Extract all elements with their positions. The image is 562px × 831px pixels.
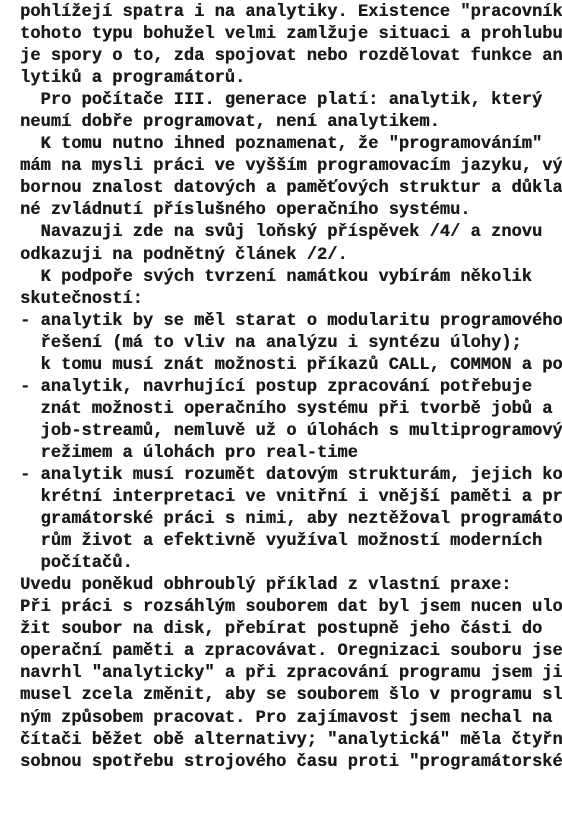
line-text: né zvládnutí příslušného operačního syst… <box>20 201 470 220</box>
line-text: je spory o to, zda spojovat nebo rozdělo… <box>20 47 562 66</box>
line-text: musel zcela změnit, aby se souborem šlo … <box>20 686 562 705</box>
line-indent <box>20 532 40 551</box>
text-line: né zvládnutí příslušného operačního syst… <box>20 200 560 222</box>
line-indent <box>20 356 40 375</box>
line-text: mám na mysli práci ve vyšším programovac… <box>20 157 562 176</box>
text-line: k tomu musí znát možnosti příkazů CALL, … <box>20 355 560 377</box>
text-line: K podpoře svých tvrzení namátkou vybírám… <box>20 267 560 289</box>
line-text: bornou znalost datových a paměťových str… <box>20 179 562 198</box>
line-text: navrhl "analyticky" a při zpracování pro… <box>20 664 562 683</box>
line-text: lytiků a programátorů. <box>20 69 245 88</box>
line-text: krétní interpretaci ve vnitřní i vnější … <box>40 488 562 507</box>
line-text: Pro počítače III. generace platí: analyt… <box>40 91 542 110</box>
text-line: bornou znalost datových a paměťových str… <box>20 178 560 200</box>
text-line: Při práci s rozsáhlým souborem dat byl j… <box>20 597 560 619</box>
text-line: - analytik by se měl starat o modularitu… <box>20 311 560 333</box>
text-line: Navazuji zde na svůj loňský příspěvek /4… <box>20 222 560 244</box>
line-text: odkazuji na podnětný článek /2/. <box>20 246 348 265</box>
line-text: Při práci s rozsáhlým souborem dat byl j… <box>20 598 562 617</box>
text-line: znát možnosti operačního systému při tvo… <box>20 399 560 421</box>
line-text: rům život a efektivně využíval možností … <box>40 532 542 551</box>
line-indent <box>20 510 40 529</box>
text-line: pohlížejí spatra i na analytiky. Existen… <box>20 2 560 24</box>
text-line: sobnou spotřebu strojového času proti "p… <box>20 752 560 774</box>
text-line: odkazuji na podnětný článek /2/. <box>20 245 560 267</box>
text-line: lytiků a programátorů. <box>20 68 560 90</box>
text-line: počítačů. <box>20 553 560 575</box>
line-indent <box>20 135 40 154</box>
line-indent <box>20 444 40 463</box>
line-indent <box>20 488 40 507</box>
line-text: počítačů. <box>40 554 132 573</box>
text-line: žit soubor na disk, přebírat postupně je… <box>20 619 560 641</box>
line-text: tohoto typu bohužel velmi zamlžuje situa… <box>20 25 562 44</box>
text-line: neumí dobře programovat, není analytikem… <box>20 112 560 134</box>
text-line: ným způsobem pracovat. Pro zajímavost js… <box>20 708 560 730</box>
text-line: Uvedu poněkud obhroublý příklad z vlastn… <box>20 575 560 597</box>
line-text: - analytik, navrhující postup zpracování… <box>20 378 532 397</box>
line-text: K podpoře svých tvrzení namátkou vybírám… <box>40 268 531 287</box>
line-indent <box>20 422 40 441</box>
typewritten-page: pohlížejí spatra i na analytiky. Existen… <box>0 0 562 831</box>
text-line: musel zcela změnit, aby se souborem šlo … <box>20 685 560 707</box>
text-line: řešení (má to vliv na analýzu i syntézu … <box>20 333 560 355</box>
line-indent <box>20 554 40 573</box>
line-text: K tomu nutno ihned poznamenat, že "progr… <box>40 135 542 154</box>
line-text: režimem a úlohách pro real-time <box>40 444 357 463</box>
line-text: skutečností: <box>20 290 143 309</box>
line-text: gramátorské práci s nimi, aby neztěžoval… <box>40 510 562 529</box>
text-line: režimem a úlohách pro real-time <box>20 443 560 465</box>
text-line: - analytik musí rozumět datovým struktur… <box>20 465 560 487</box>
text-line: rům život a efektivně využíval možností … <box>20 531 560 553</box>
text-line: čítači běžet obě alternativy; "analytick… <box>20 730 560 752</box>
line-text: čítači běžet obě alternativy; "analytick… <box>20 731 562 750</box>
line-text: operační paměti a zpracovávat. Oregnizac… <box>20 642 562 661</box>
line-text: Uvedu poněkud obhroublý příklad z vlastn… <box>20 576 511 595</box>
text-line: krétní interpretaci ve vnitřní i vnější … <box>20 487 560 509</box>
text-line: skutečností: <box>20 289 560 311</box>
text-line: Pro počítače III. generace platí: analyt… <box>20 90 560 112</box>
line-text: znát možnosti operačního systému při tvo… <box>40 400 552 419</box>
text-line: operační paměti a zpracovávat. Oregnizac… <box>20 641 560 663</box>
text-line: tohoto typu bohužel velmi zamlžuje situa… <box>20 24 560 46</box>
text-line: mám na mysli práci ve vyšším programovac… <box>20 156 560 178</box>
line-text: pohlížejí spatra i na analytiky. Existen… <box>20 3 562 22</box>
line-text: řešení (má to vliv na analýzu i syntézu … <box>40 334 521 353</box>
text-line: K tomu nutno ihned poznamenat, že "progr… <box>20 134 560 156</box>
line-text: ným způsobem pracovat. Pro zajímavost js… <box>20 709 562 728</box>
line-indent <box>20 268 40 287</box>
line-text: job-streamů, nemluvě už o úlohách s mult… <box>40 422 562 441</box>
line-indent <box>20 91 40 110</box>
line-text: neumí dobře programovat, není analytikem… <box>20 113 440 132</box>
line-indent <box>20 334 40 353</box>
line-indent <box>20 400 40 419</box>
line-text: Navazuji zde na svůj loňský příspěvek /4… <box>40 223 542 242</box>
text-line: job-streamů, nemluvě už o úlohách s mult… <box>20 421 560 443</box>
text-line: gramátorské práci s nimi, aby neztěžoval… <box>20 509 560 531</box>
line-text: - analytik musí rozumět datovým struktur… <box>20 466 562 485</box>
text-line: navrhl "analyticky" a při zpracování pro… <box>20 663 560 685</box>
line-text: žit soubor na disk, přebírat postupně je… <box>20 620 542 639</box>
text-line: je spory o to, zda spojovat nebo rozdělo… <box>20 46 560 68</box>
line-text: sobnou spotřebu strojového času proti "p… <box>20 753 562 772</box>
text-line: - analytik, navrhující postup zpracování… <box>20 377 560 399</box>
line-indent <box>20 223 40 242</box>
line-text: k tomu musí znát možnosti příkazů CALL, … <box>40 356 562 375</box>
document-body: pohlížejí spatra i na analytiky. Existen… <box>20 2 560 774</box>
line-text: - analytik by se měl starat o modularitu… <box>20 312 562 331</box>
